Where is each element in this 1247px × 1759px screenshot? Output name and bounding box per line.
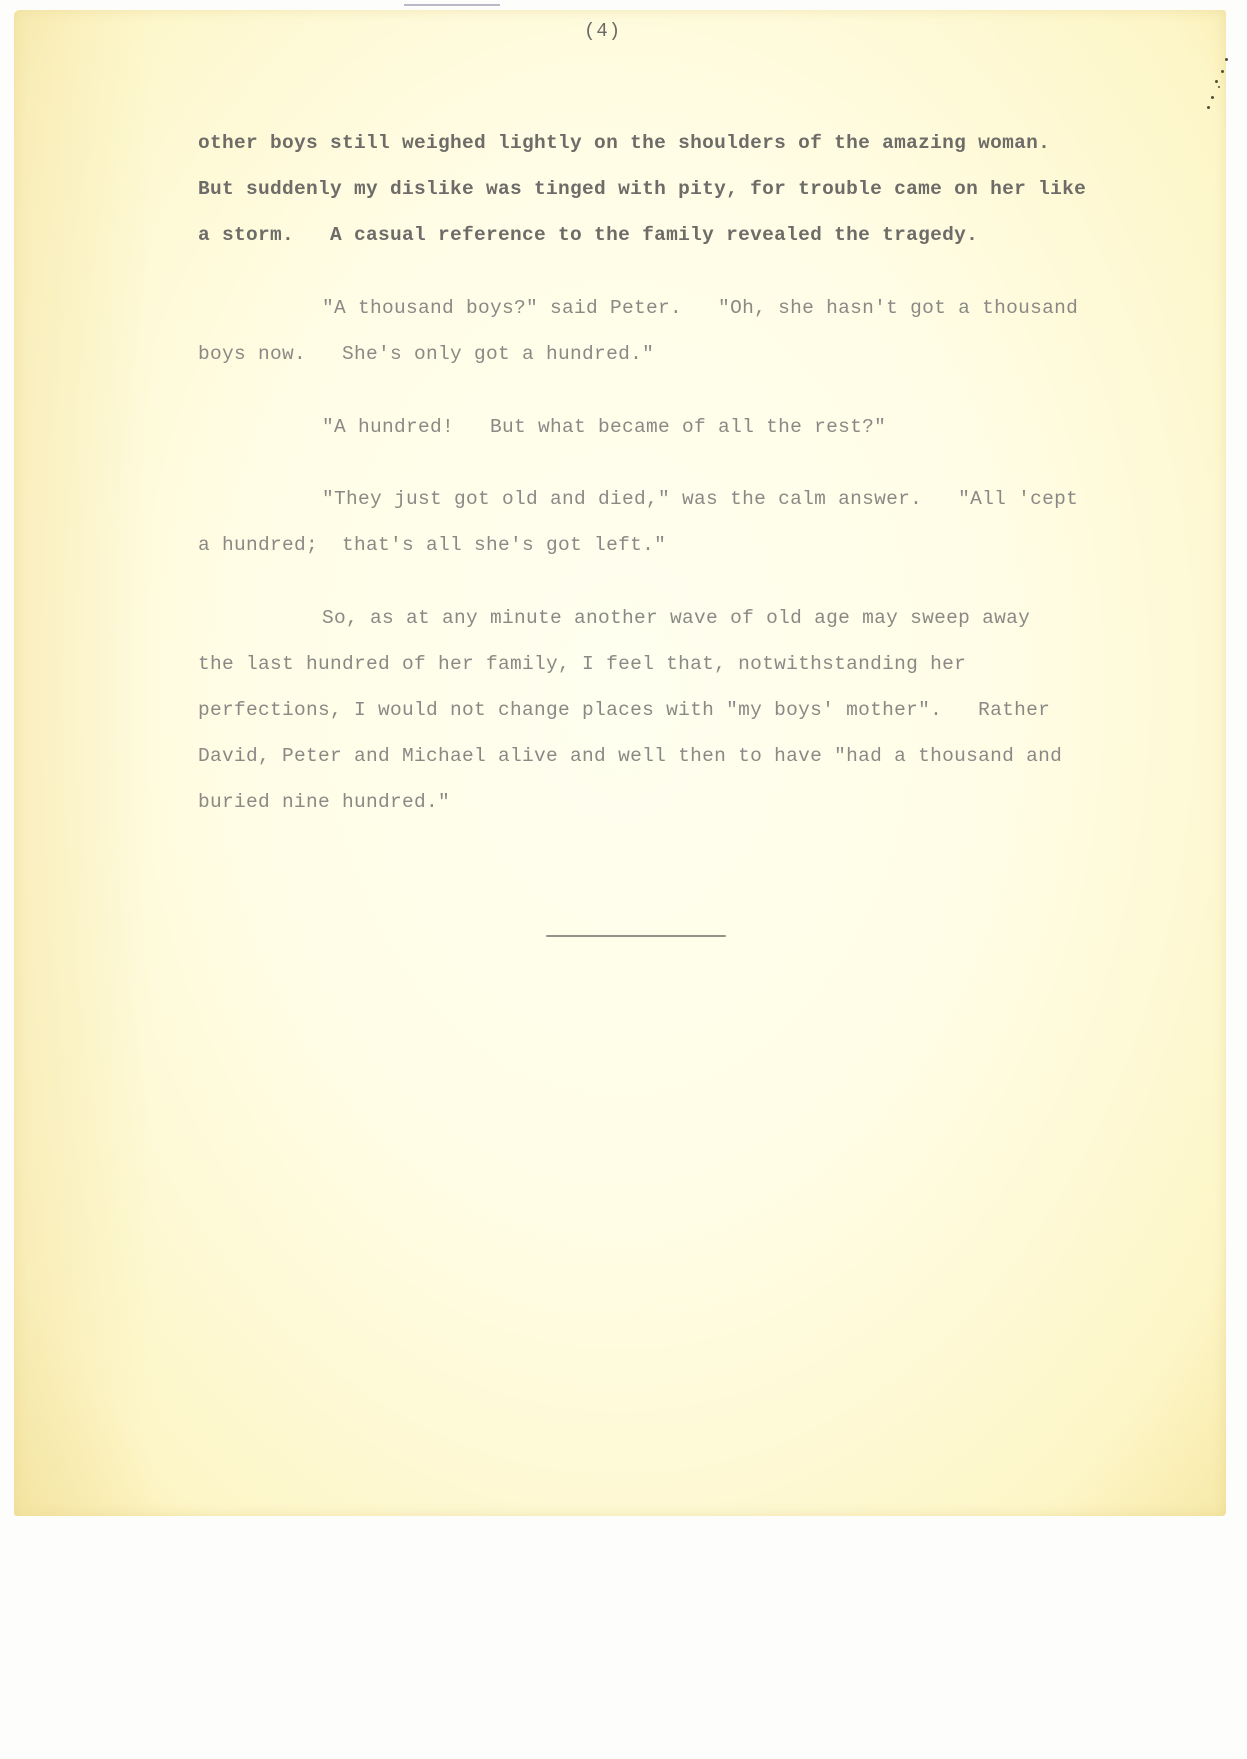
- text-line: boys now. She's only got a hundred.": [198, 343, 654, 365]
- text-line: perfections, I would not change places w…: [198, 699, 1050, 721]
- page-number: (4): [584, 20, 621, 42]
- text-line: But suddenly my dislike was tinged with …: [198, 178, 1086, 200]
- text-line: a hundred; that's all she's got left.": [198, 534, 666, 556]
- text-line: buried nine hundred.": [198, 791, 450, 813]
- text-line: a storm. A casual reference to the famil…: [198, 224, 978, 246]
- text-line: "A thousand boys?" said Peter. "Oh, she …: [322, 297, 1078, 319]
- text-line: "They just got old and died," was the ca…: [322, 488, 1078, 510]
- text-line: "A hundred! But what became of all the r…: [322, 416, 886, 438]
- end-divider-rule: [546, 935, 726, 937]
- text-line: the last hundred of her family, I feel t…: [198, 653, 966, 675]
- paper-damage-specks: [1203, 50, 1233, 120]
- text-line: So, as at any minute another wave of old…: [322, 607, 1030, 629]
- text-line: David, Peter and Michael alive and well …: [198, 745, 1062, 767]
- text-line: other boys still weighed lightly on the …: [198, 132, 1050, 154]
- scan-edge-mark: [404, 4, 500, 6]
